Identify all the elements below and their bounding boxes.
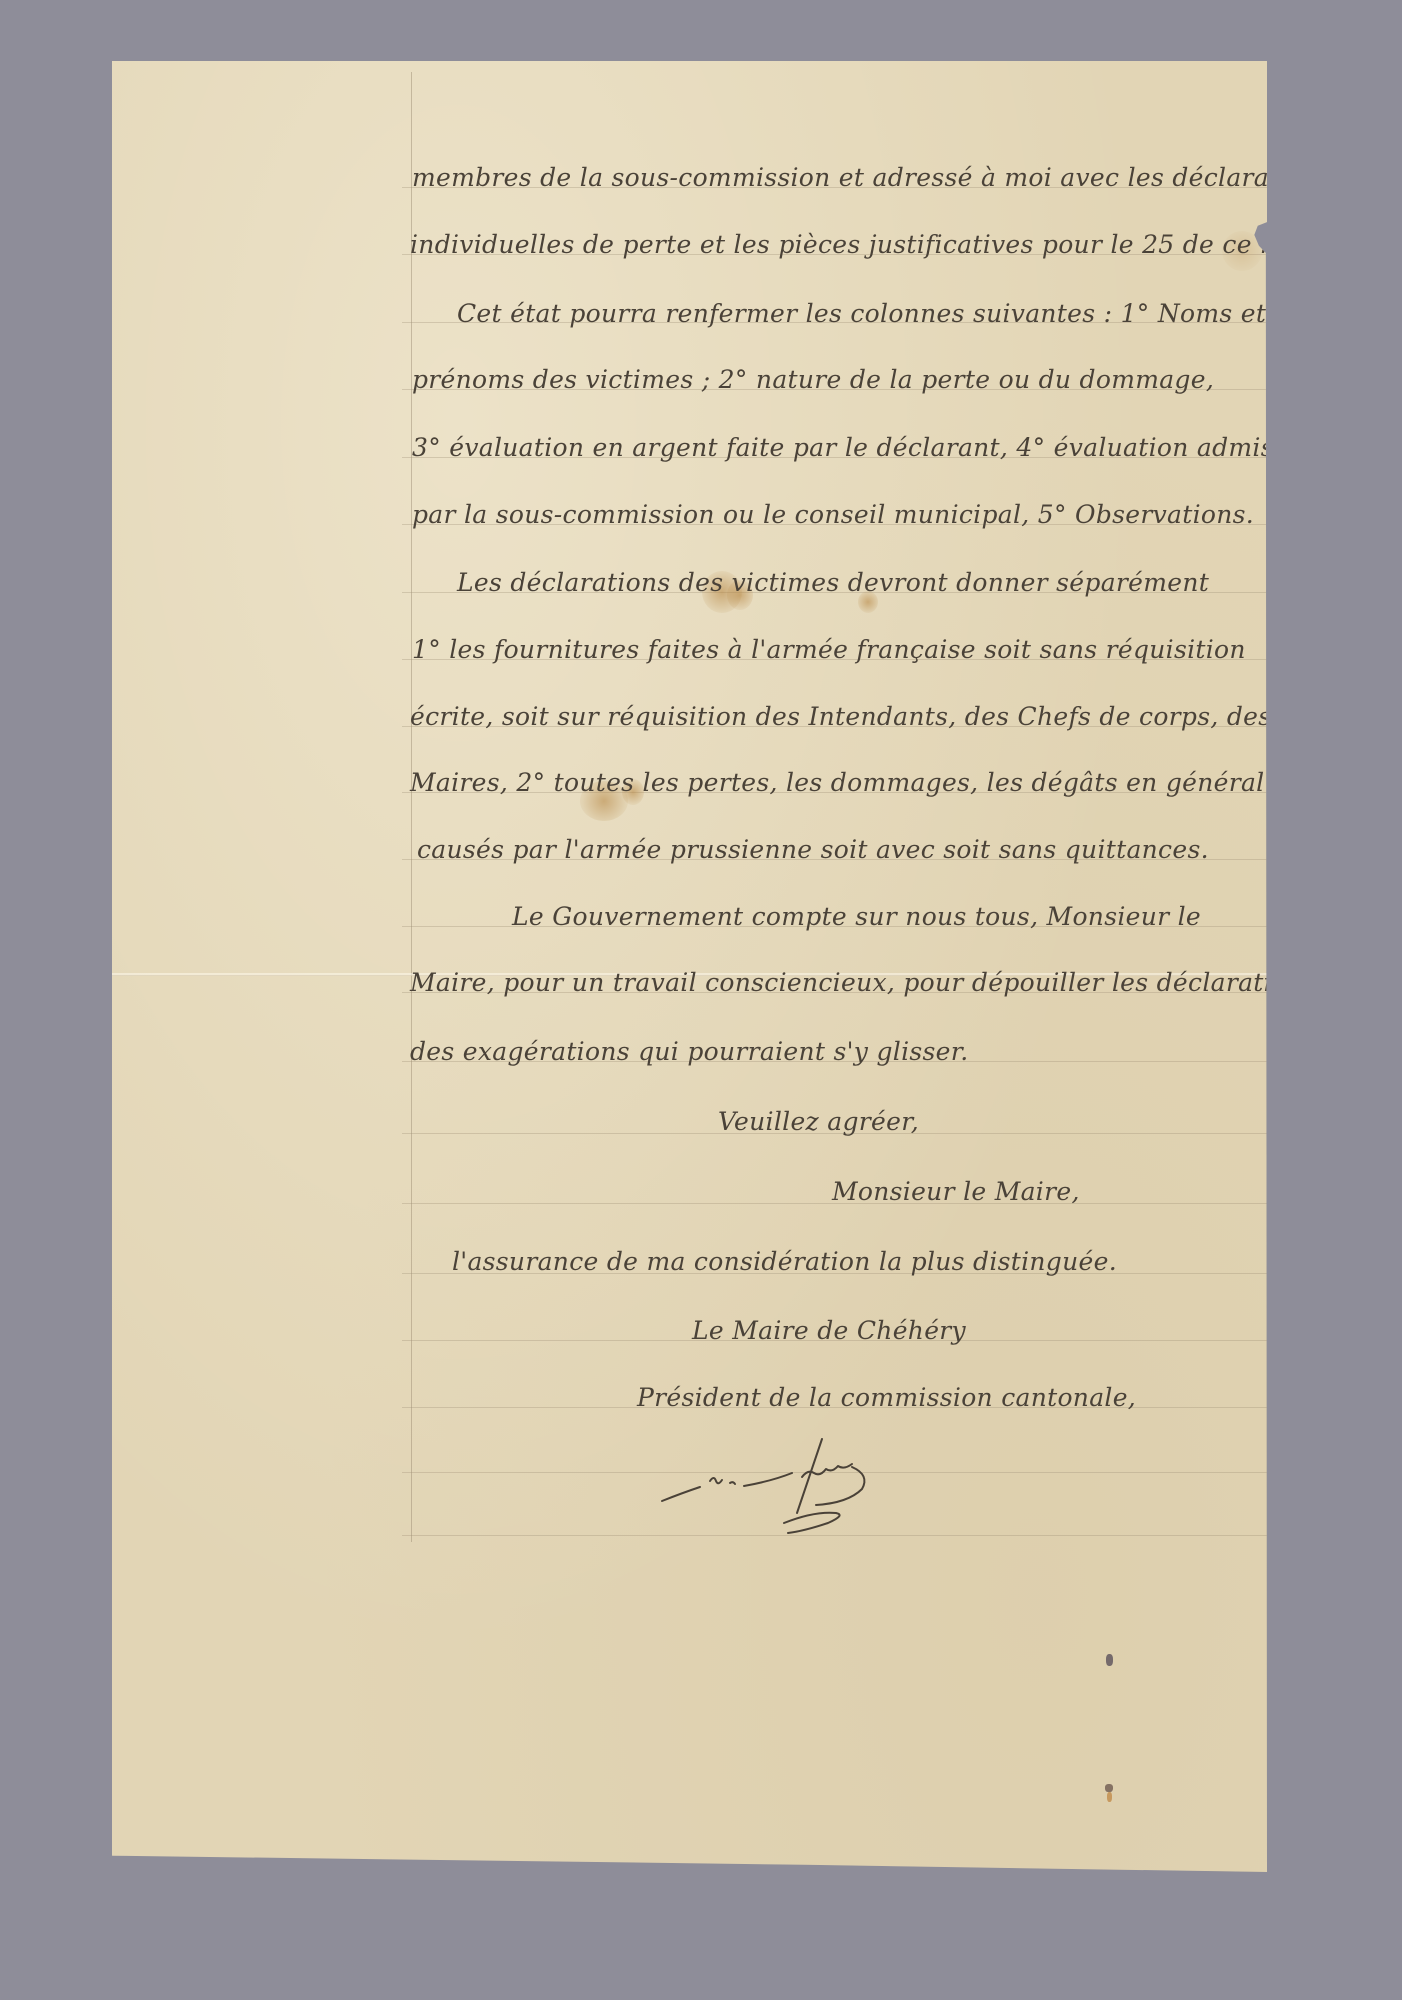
- ink-spot: [1107, 1792, 1112, 1802]
- signature-icon: [652, 1431, 912, 1541]
- letter-line-10: Maires, 2° toutes les pertes, les dommag…: [410, 770, 1264, 795]
- ink-spot: [1106, 1654, 1113, 1666]
- closing-address: Monsieur le Maire,: [832, 1179, 1080, 1204]
- letter-line-13: Maire, pour un travail consciencieux, po…: [410, 970, 1317, 995]
- letter-line-8: 1° les fournitures faites à l'armée fran…: [412, 637, 1246, 662]
- letter-line-11: causés par l'armée prussienne soit avec …: [417, 837, 1209, 862]
- ink-spot: [1105, 1784, 1113, 1792]
- letter-page: membres de la sous-commission et adressé…: [112, 61, 1267, 1872]
- letter-line-6: par la sous-commission ou le conseil mun…: [412, 502, 1254, 527]
- signatory-title-president: Président de la commission cantonale,: [637, 1385, 1136, 1410]
- signatory-title-mayor: Le Maire de Chéhéry: [692, 1318, 966, 1343]
- letter-line-5: 3° évaluation en argent faite par le déc…: [412, 435, 1289, 460]
- letter-line-2: individuelles de perte et les pièces jus…: [410, 232, 1329, 257]
- letter-line-1: membres de la sous-commission et adressé…: [412, 165, 1333, 190]
- closing-salutation: Veuillez agréer,: [718, 1109, 919, 1134]
- margin-rule: [411, 72, 412, 1542]
- letter-line-4: prénoms des victimes ; 2° nature de la p…: [412, 367, 1214, 392]
- letter-line-7: Les déclarations des victimes devront do…: [457, 570, 1209, 595]
- letter-line-14: des exagérations qui pourraient s'y glis…: [410, 1039, 968, 1064]
- closing-formula: l'assurance de ma considération la plus …: [452, 1249, 1117, 1274]
- letter-line-3: Cet état pourra renfermer les colonnes s…: [457, 301, 1266, 326]
- letter-line-9: écrite, soit sur réquisition des Intenda…: [410, 704, 1271, 729]
- letter-line-12: Le Gouvernement compte sur nous tous, Mo…: [512, 904, 1201, 929]
